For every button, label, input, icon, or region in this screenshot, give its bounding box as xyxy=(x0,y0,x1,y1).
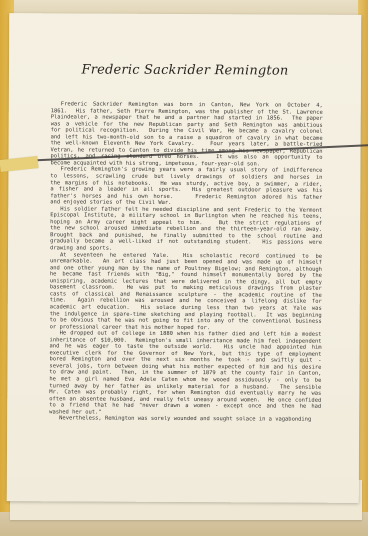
paragraph-4: At seventeen he entered Yale. His schola… xyxy=(50,252,322,332)
document-body: Frederic Sackrider Remington was born in… xyxy=(49,101,323,423)
paragraph-2: Frederic Remington's growing years were … xyxy=(50,167,322,208)
paragraph-3: His soldier father felt he needed discip… xyxy=(50,206,322,253)
document-title: Frederic Sackrider Remington xyxy=(9,62,361,79)
text-line: Nevertheless, Remington was sorely wound… xyxy=(49,416,321,424)
paragraph-6: Nevertheless, Remington was sorely wound… xyxy=(49,416,321,424)
paragraph-5: He dropped out of college in 1880 when h… xyxy=(49,330,321,417)
document-page: Frederic Sackrider Remington Frederic Sa… xyxy=(7,13,362,503)
